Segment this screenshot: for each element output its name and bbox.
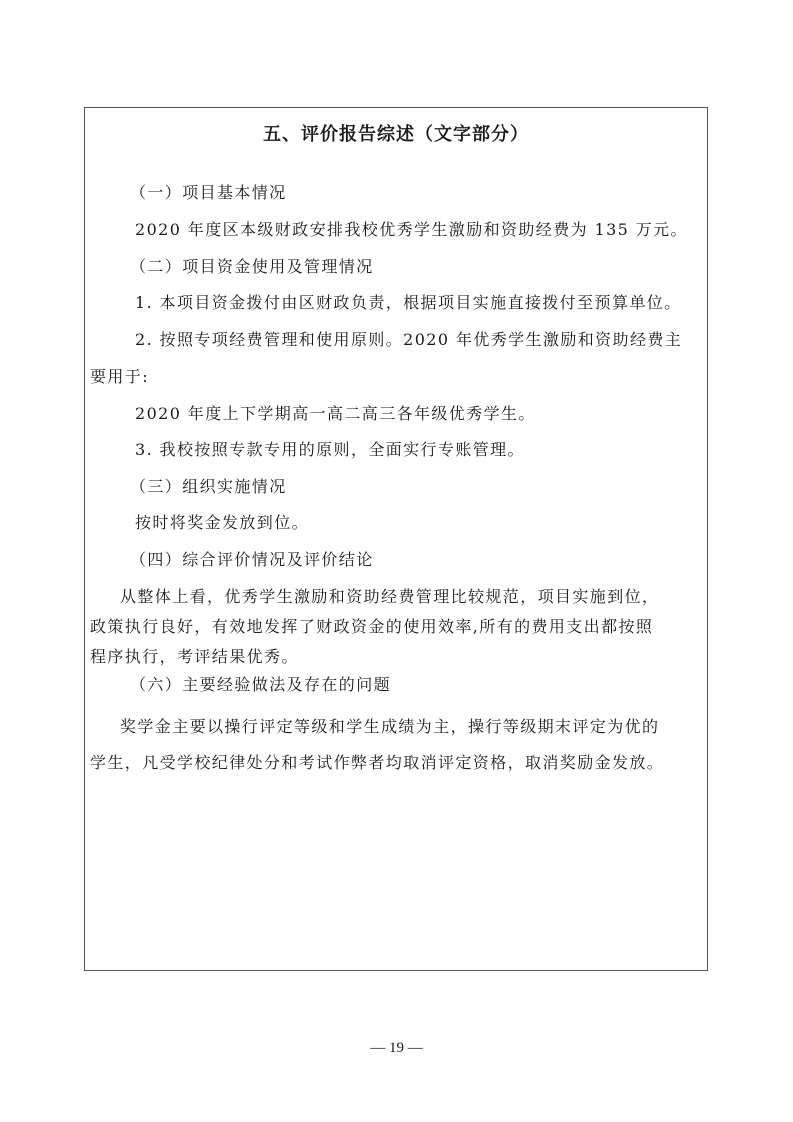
- paragraph-item-3: 3. 我校按照专款专用的原则，全面实行专账管理。: [135, 437, 525, 460]
- paragraph-experience-1: 奖学金主要以操行评定等级和学生成绩为主，操行等级期末评定为优的: [120, 714, 659, 737]
- paragraph-item-1: 1. 本项目资金拨付由区财政负责，根据项目实施直接拨付至预算单位。: [135, 290, 682, 313]
- paragraph-budget: 2020 年度区本级财政安排我校优秀学生激励和资助经费为 135 万元。: [135, 217, 688, 240]
- heading-implementation: （三）组织实施情况: [130, 474, 287, 497]
- heading-fund-usage: （二）项目资金使用及管理情况: [130, 254, 374, 277]
- section-title: 五、评价报告综述（文字部分）: [85, 120, 707, 146]
- paragraph-implementation: 按时将奖金发放到位。: [135, 510, 309, 533]
- paragraph-item-2: 2. 按照专项经费管理和使用原则。2020 年优秀学生激励和资助经费主: [135, 327, 682, 350]
- page-number: — 19 —: [0, 1040, 793, 1057]
- heading-basic-info: （一）项目基本情况: [130, 180, 287, 203]
- paragraph-evaluation-1: 从整体上看，优秀学生激励和资助经费管理比较规范，项目实施到位，: [120, 584, 659, 607]
- paragraph-students: 2020 年度上下学期高一高二高三各年级优秀学生。: [135, 401, 536, 424]
- paragraph-experience-2: 学生，凡受学校纪律处分和考试作弊者均取消评定资格，取消奖励金发放。: [90, 750, 664, 773]
- paragraph-evaluation-3: 程序执行，考评结果优秀。: [90, 644, 299, 667]
- paragraph-item-2-cont: 要用于:: [90, 364, 149, 387]
- heading-evaluation: （四）综合评价情况及评价结论: [130, 547, 374, 570]
- heading-experience: （六）主要经验做法及存在的问题: [130, 672, 391, 695]
- paragraph-evaluation-2: 政策执行良好，有效地发挥了财政资金的使用效率,所有的费用支出都按照: [90, 614, 653, 637]
